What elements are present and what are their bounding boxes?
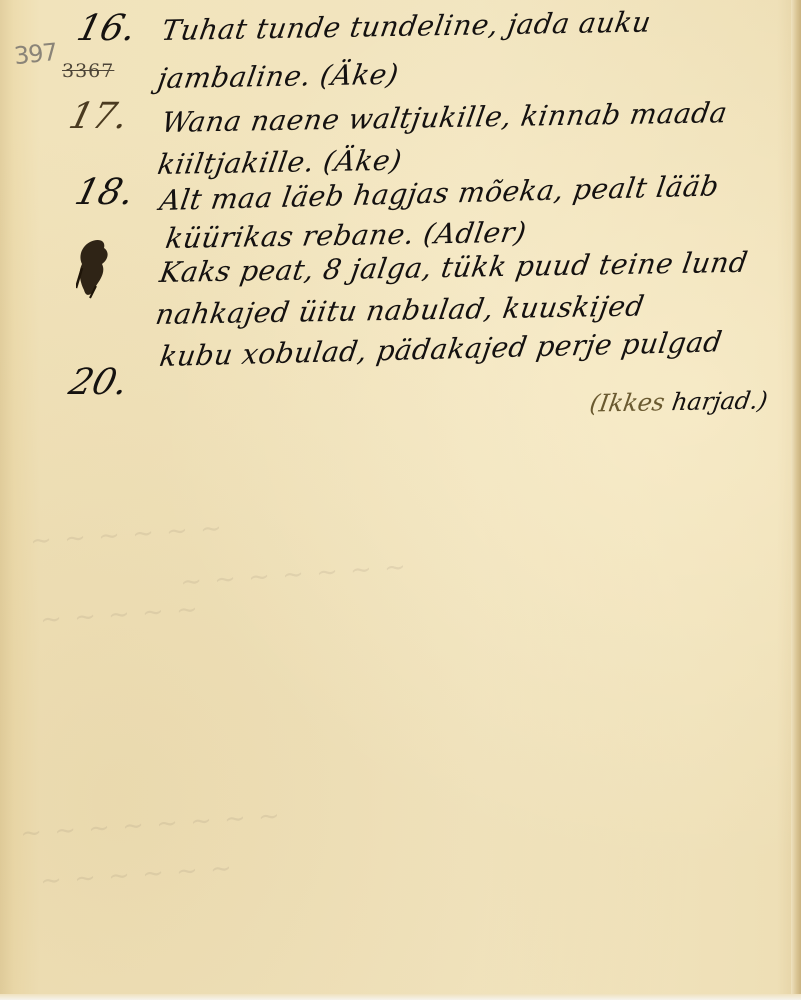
bleed-through-text: ~ ~ ~ ~ ~ ~	[39, 853, 235, 896]
source-note-main: harjad.)	[670, 386, 770, 416]
archive-number-pencil: 397	[13, 38, 59, 70]
entry-16-line-1: Tuhat tunde tundeline, jada auku	[159, 5, 653, 47]
entry-17-line-1: Wana naene waltjukille, kinnab maada	[159, 96, 729, 139]
source-note-prefix: (Ikkes	[588, 388, 667, 417]
page-bottom-edge	[0, 994, 801, 1000]
entry-19-line-2: nahkajed üitu nabulad, kuuskijed	[153, 289, 646, 331]
archive-number-stamped: 3367	[62, 60, 114, 82]
entry-number-18: 18.	[71, 172, 138, 213]
bleed-through-text: ~ ~ ~ ~ ~	[39, 594, 201, 635]
page-edge	[791, 0, 801, 1000]
entry-19-source-note: (Ikkes harjad.)	[588, 386, 770, 417]
manuscript-page: ~ ~ ~ ~ ~ ~ ~ ~ ~ ~ ~ ~ ~ ~ ~ ~ ~ ~ ~ ~ …	[0, 0, 801, 1000]
bleed-through-text: ~ ~ ~ ~ ~ ~ ~	[179, 552, 409, 598]
bleed-through-text: ~ ~ ~ ~ ~ ~	[29, 513, 225, 556]
entry-number-20: 20.	[65, 362, 132, 403]
entry-19-line-3: kubu xobulad, pädakajed perje pulgad	[158, 325, 725, 373]
entry-18-line-2: küürikas rebane. (Adler)	[163, 216, 528, 255]
entry-number-17: 17.	[65, 96, 132, 137]
entry-number-16: 16.	[73, 8, 140, 49]
entry-16-line-2: jambaline. (Äke)	[155, 58, 401, 95]
bleed-through-text: ~ ~ ~ ~ ~ ~ ~ ~	[19, 801, 283, 849]
entry-17-line-2: kiiltjakille. (Äke)	[155, 144, 404, 181]
ink-blot	[76, 238, 116, 300]
